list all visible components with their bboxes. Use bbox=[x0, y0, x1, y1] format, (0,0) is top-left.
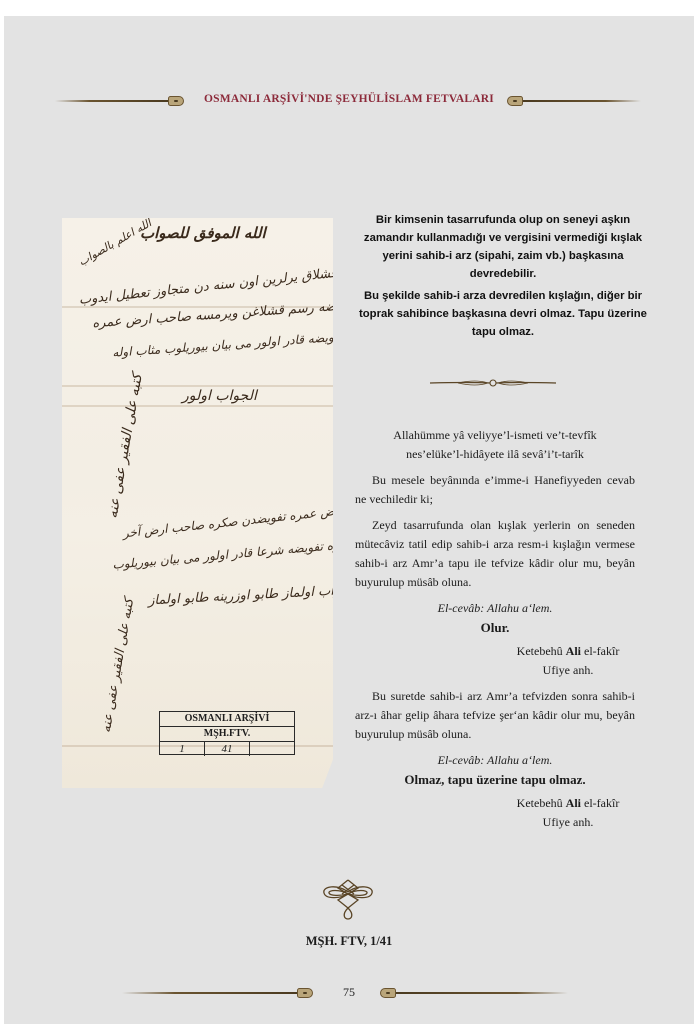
signature-suffix: el-fakîr bbox=[581, 644, 619, 658]
paper-fold bbox=[62, 385, 333, 387]
mufti-name: Ali bbox=[566, 796, 581, 810]
signature-suffix: el-fakîr bbox=[581, 796, 619, 810]
stamp-folder-cell: 1 bbox=[160, 742, 205, 756]
page-footer: 75 bbox=[0, 985, 698, 1001]
divider-ornament-icon bbox=[428, 378, 558, 388]
fatwa-answer: Olmaz, tapu üzerine tapu olmaz. bbox=[355, 770, 635, 789]
header-finial-right-icon bbox=[507, 96, 523, 106]
manuscript-signature: کتبه علی الفقیر عفی عنه bbox=[99, 597, 137, 734]
footer-rule-right bbox=[396, 992, 568, 994]
mufti-name: Ali bbox=[566, 644, 581, 658]
footer-finial-right-icon bbox=[380, 988, 396, 998]
archive-stamp: OSMANLI ARŞİVİ MŞH.FTV. 1 41 bbox=[159, 711, 295, 755]
signature-closing: Ufiye anh. bbox=[505, 661, 631, 680]
paper-fold bbox=[62, 405, 333, 407]
answer-label: El-cevâb: Allahu a‘lem. bbox=[355, 751, 635, 770]
stamp-document-cell: 41 bbox=[205, 742, 250, 756]
mufti-signature: Ketebehû Ali el-fakîr Ufiye anh. bbox=[505, 642, 631, 680]
running-header: OSMANLI ARŞİVİ'NDE ŞEYHÜLİSLAM FETVALARI bbox=[0, 93, 698, 109]
mufti-signature: Ketebehû Ali el-fakîr Ufiye anh. bbox=[505, 794, 631, 832]
running-title: OSMANLI ARŞİVİ'NDE ŞEYHÜLİSLAM FETVALARI bbox=[0, 93, 698, 105]
manuscript-image: الله الموفق للصواب الله اعلم بالصواب زید… bbox=[62, 218, 333, 788]
stamp-collection-code: MŞH.FTV. bbox=[160, 727, 294, 742]
manuscript-signature: کتبه علی الفقیر عفی عنه bbox=[105, 372, 146, 519]
manuscript-answer: الجواب اولماز طابو اوزرینه طابو اولماز bbox=[148, 583, 357, 609]
header-rule-right bbox=[523, 100, 641, 102]
fatwa-summary: Bir kimsenin tasarrufunda olup on seneyi… bbox=[358, 211, 648, 345]
stamp-number-row: 1 41 bbox=[160, 742, 294, 756]
knot-ornament-icon bbox=[318, 878, 378, 920]
signature-closing: Ufiye anh. bbox=[505, 813, 631, 832]
manuscript-margin-note: الله اعلم بالصواب bbox=[76, 216, 153, 268]
manuscript-answer: الجواب اولور bbox=[182, 388, 257, 404]
page-number: 75 bbox=[0, 985, 698, 1000]
manuscript-tughra: الله الموفق للصواب bbox=[140, 224, 266, 242]
fatwa-intro: Bu mesele beyânında e’imme-i Hanefiyyede… bbox=[355, 471, 635, 509]
summary-paragraph: Bir kimsenin tasarrufunda olup on seneyi… bbox=[358, 211, 648, 283]
fatwa-text: Allahümme yâ veliyye’l-ismeti ve’t-tevfî… bbox=[355, 426, 635, 832]
stamp-empty-cell bbox=[250, 742, 294, 756]
stamp-archive-name: OSMANLI ARŞİVİ bbox=[160, 712, 294, 727]
fatwa-question: Zeyd tasarrufunda olan kışlak yerlerin o… bbox=[355, 516, 635, 592]
summary-paragraph: Bu şekilde sahib-i arza devredilen kışla… bbox=[358, 287, 648, 341]
answer-label: El-cevâb: Allahu a‘lem. bbox=[355, 599, 635, 618]
signature-prefix: Ketebehû bbox=[517, 644, 566, 658]
signature-prefix: Ketebehû bbox=[517, 796, 566, 810]
fatwa-question: Bu suretde sahib-i arz Amr’a tefvizden s… bbox=[355, 687, 635, 744]
invocation-line: nes’elüke’l-hidâyete ilâ sevâ’i’t-tarîk bbox=[355, 445, 635, 464]
invocation-line: Allahümme yâ veliyye’l-ismeti ve’t-tevfî… bbox=[355, 426, 635, 445]
fatwa-answer: Olur. bbox=[355, 618, 635, 637]
archive-reference: MŞH. FTV, 1/41 bbox=[0, 934, 698, 949]
